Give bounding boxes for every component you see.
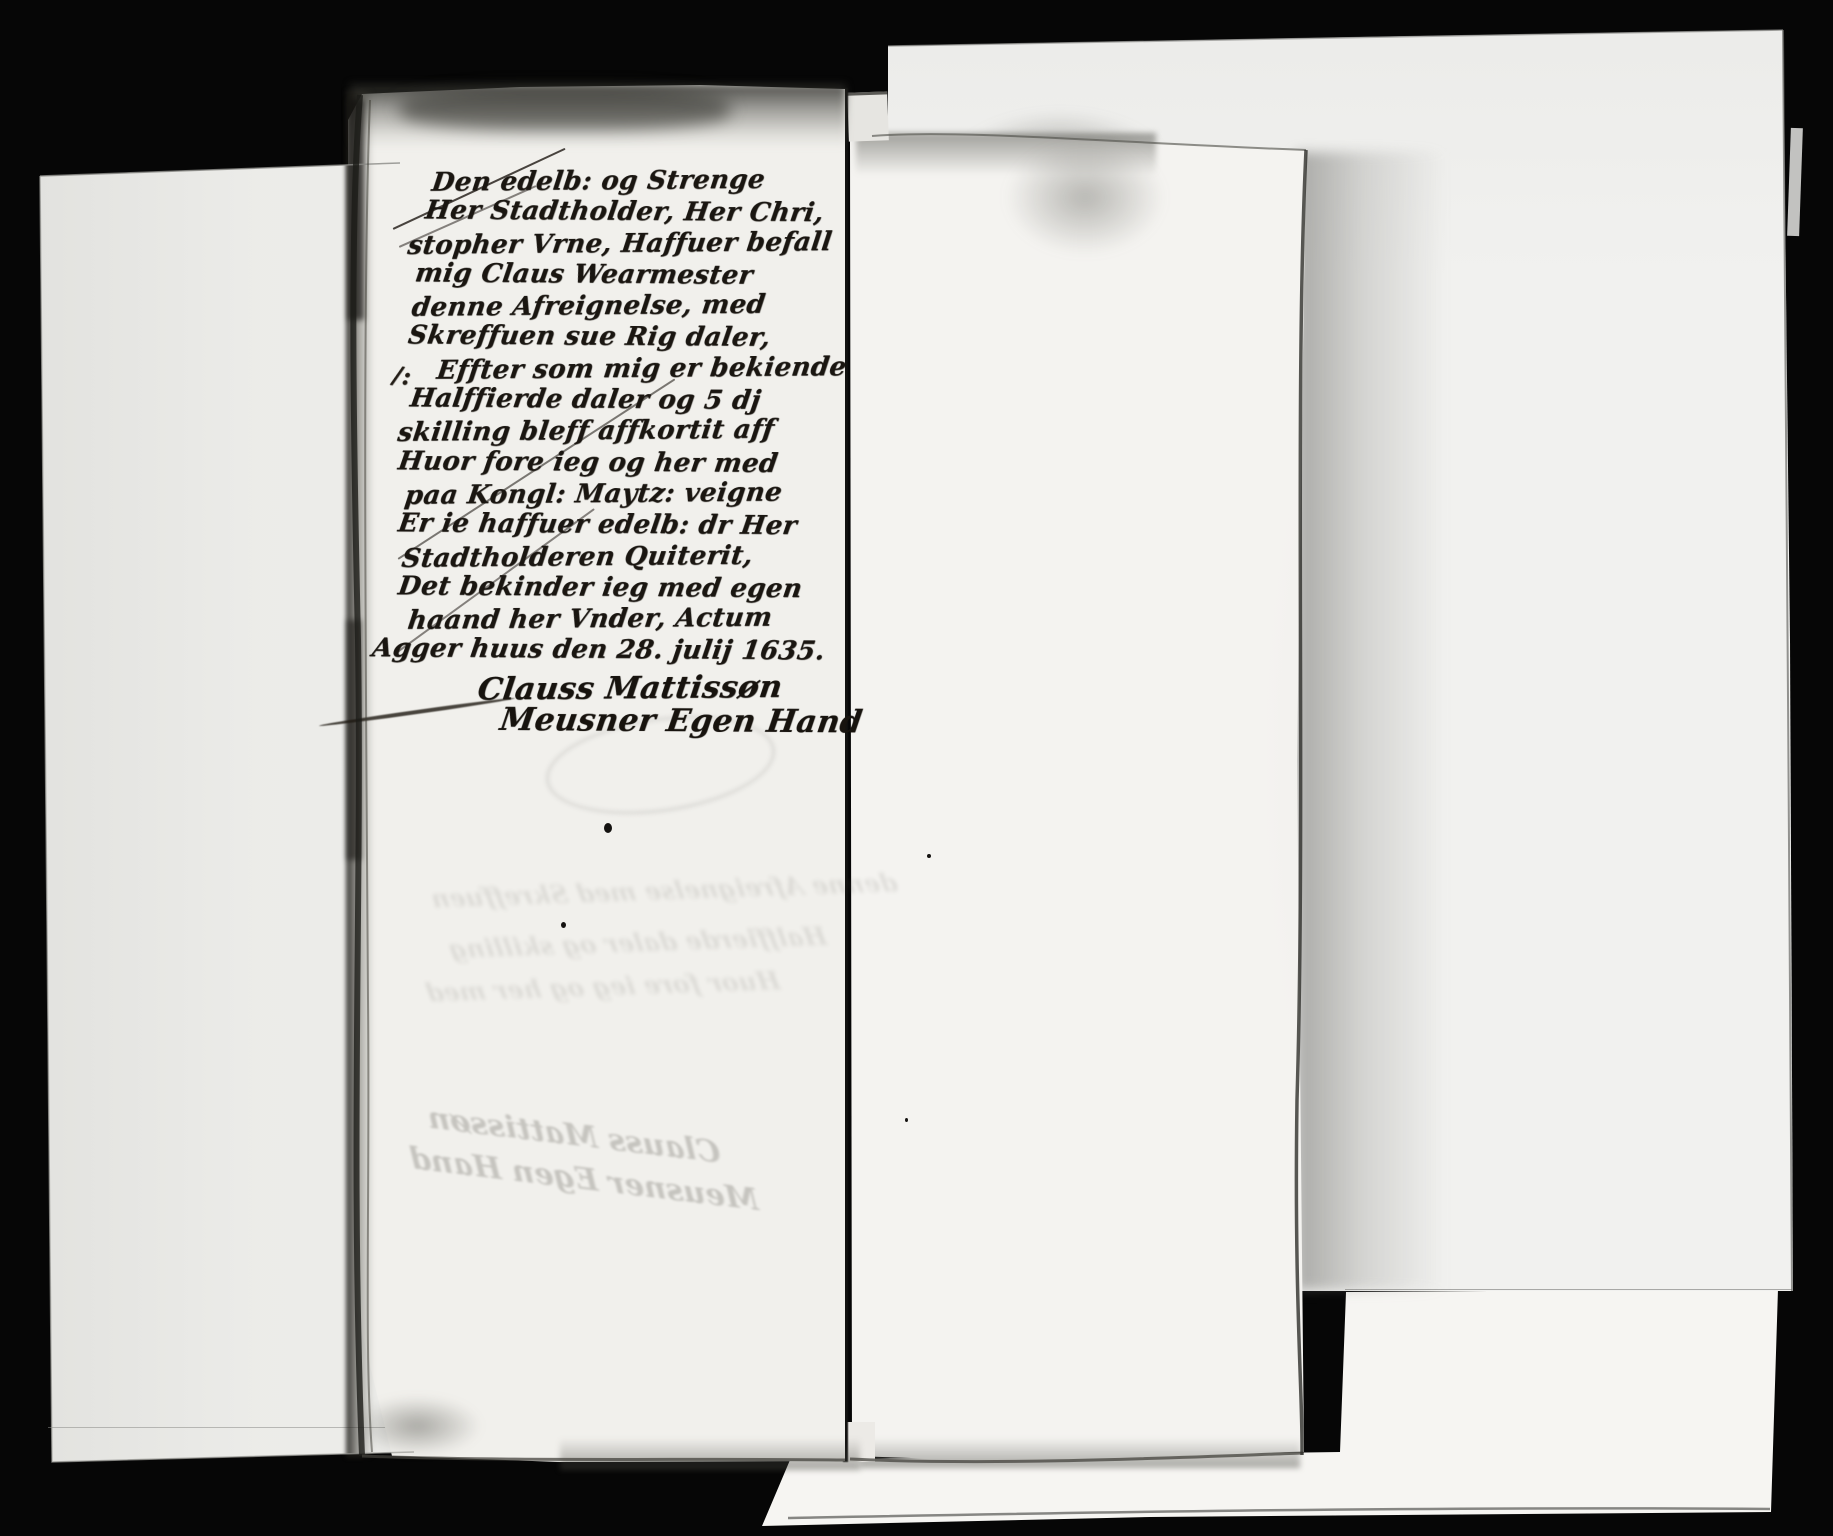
torn-edges-overlay (0, 0, 1833, 1536)
scanner-background: denne Afreignelse med Skreffuen Halffier… (0, 0, 1833, 1536)
